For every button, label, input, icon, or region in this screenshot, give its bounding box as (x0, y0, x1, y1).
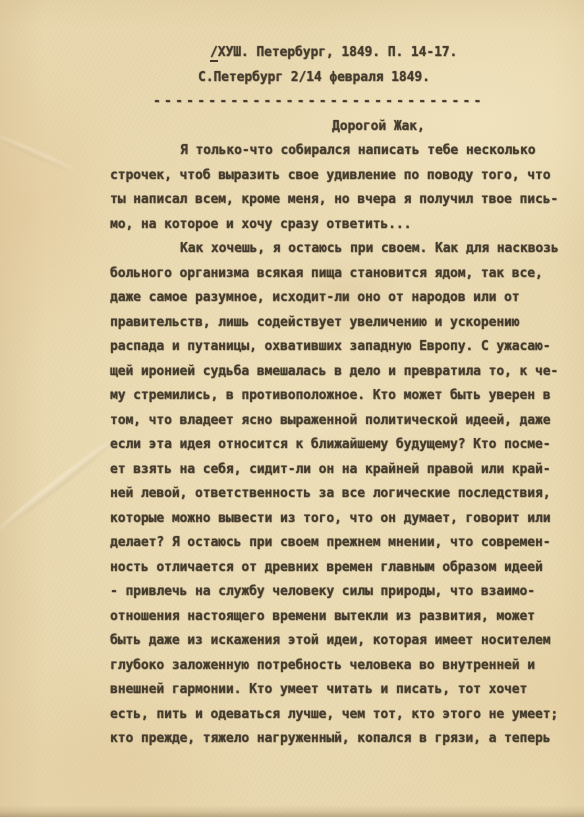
letter-content: /ХУШ. Петербург, 1849. П. 14-17. С.Петер… (110, 41, 576, 752)
text-line: быть даже из искажения этой идеи, котора… (110, 629, 576, 654)
text-line: му стремились, в противоположное. Кто мо… (110, 384, 576, 409)
text-line: Как хочешь, я остаюсь при своем. Как для… (110, 237, 576, 262)
paragraph-1: Я только-что собирался написать тебе нес… (110, 139, 576, 237)
text-line: ность отличается от древних времен главн… (110, 556, 576, 581)
text-line: ет взять на себя, сидит-ли он на крайней… (110, 458, 576, 483)
paragraph-2: Как хочешь, я остаюсь при своем. Как для… (110, 237, 576, 752)
text-line: Я только-что собирался написать тебе нес… (110, 139, 576, 164)
letter-page: /ХУШ. Петербург, 1849. П. 14-17. С.Петер… (0, 0, 584, 817)
salutation: Дорогой Жак, (332, 115, 576, 140)
text-line: кто прежде, тяжело нагруженный, копался … (110, 727, 576, 752)
text-line: строчек, чтоб выразить свое удивление по… (110, 164, 576, 189)
paper-crease-bottom-left (0, 435, 119, 534)
text-line: больного организма всякая пища становитс… (110, 262, 576, 287)
text-line: ты написал всем, кроме меня, но вчера я … (110, 188, 576, 213)
text-line: делает? Я остаюсь при своем прежнем мнен… (110, 531, 576, 556)
text-line: мо, на которое и хочу сразу ответить... (110, 213, 576, 238)
letter-number-text: ХУШ. Петербург, 1849. П. 14-17. (218, 45, 458, 60)
text-line: даже самое разумное, исходит-ли оно от н… (110, 286, 576, 311)
text-line: правительств, лишь содействует увеличени… (110, 311, 576, 336)
paper-crease-top-left (0, 132, 78, 175)
text-line: распада и путаницы, охвативших западную … (110, 335, 576, 360)
text-line: щей иронией судьба вмешалась в дело и пр… (110, 360, 576, 385)
text-line: внешней гармонии. Кто умеет читать и пис… (110, 678, 576, 703)
roman-numeral-L-glyph: / (210, 46, 218, 62)
text-line: глубоко заложенную потребность человека … (110, 654, 576, 679)
text-line: - привлечь на службу человеку силы приро… (110, 580, 576, 605)
text-line: которые можно вывести из того, что он ду… (110, 507, 576, 532)
letter-number-line: /ХУШ. Петербург, 1849. П. 14-17. (210, 41, 576, 66)
text-line: ней левой, ответственность за все логиче… (110, 482, 576, 507)
text-line: есть, пить и одеваться лучше, чем тот, к… (110, 703, 576, 728)
text-line: если эта идея относится к ближайшему буд… (110, 433, 576, 458)
text-line: том, что владеет ясно выраженной политич… (110, 409, 576, 434)
text-line: отношения настоящего времени вытекли из … (110, 605, 576, 630)
dashed-separator: - - - - - - - - - - - - - - - - - - - - … (153, 90, 576, 115)
letter-date-line: С.Петербург 2/14 февраля 1849. (198, 66, 576, 91)
